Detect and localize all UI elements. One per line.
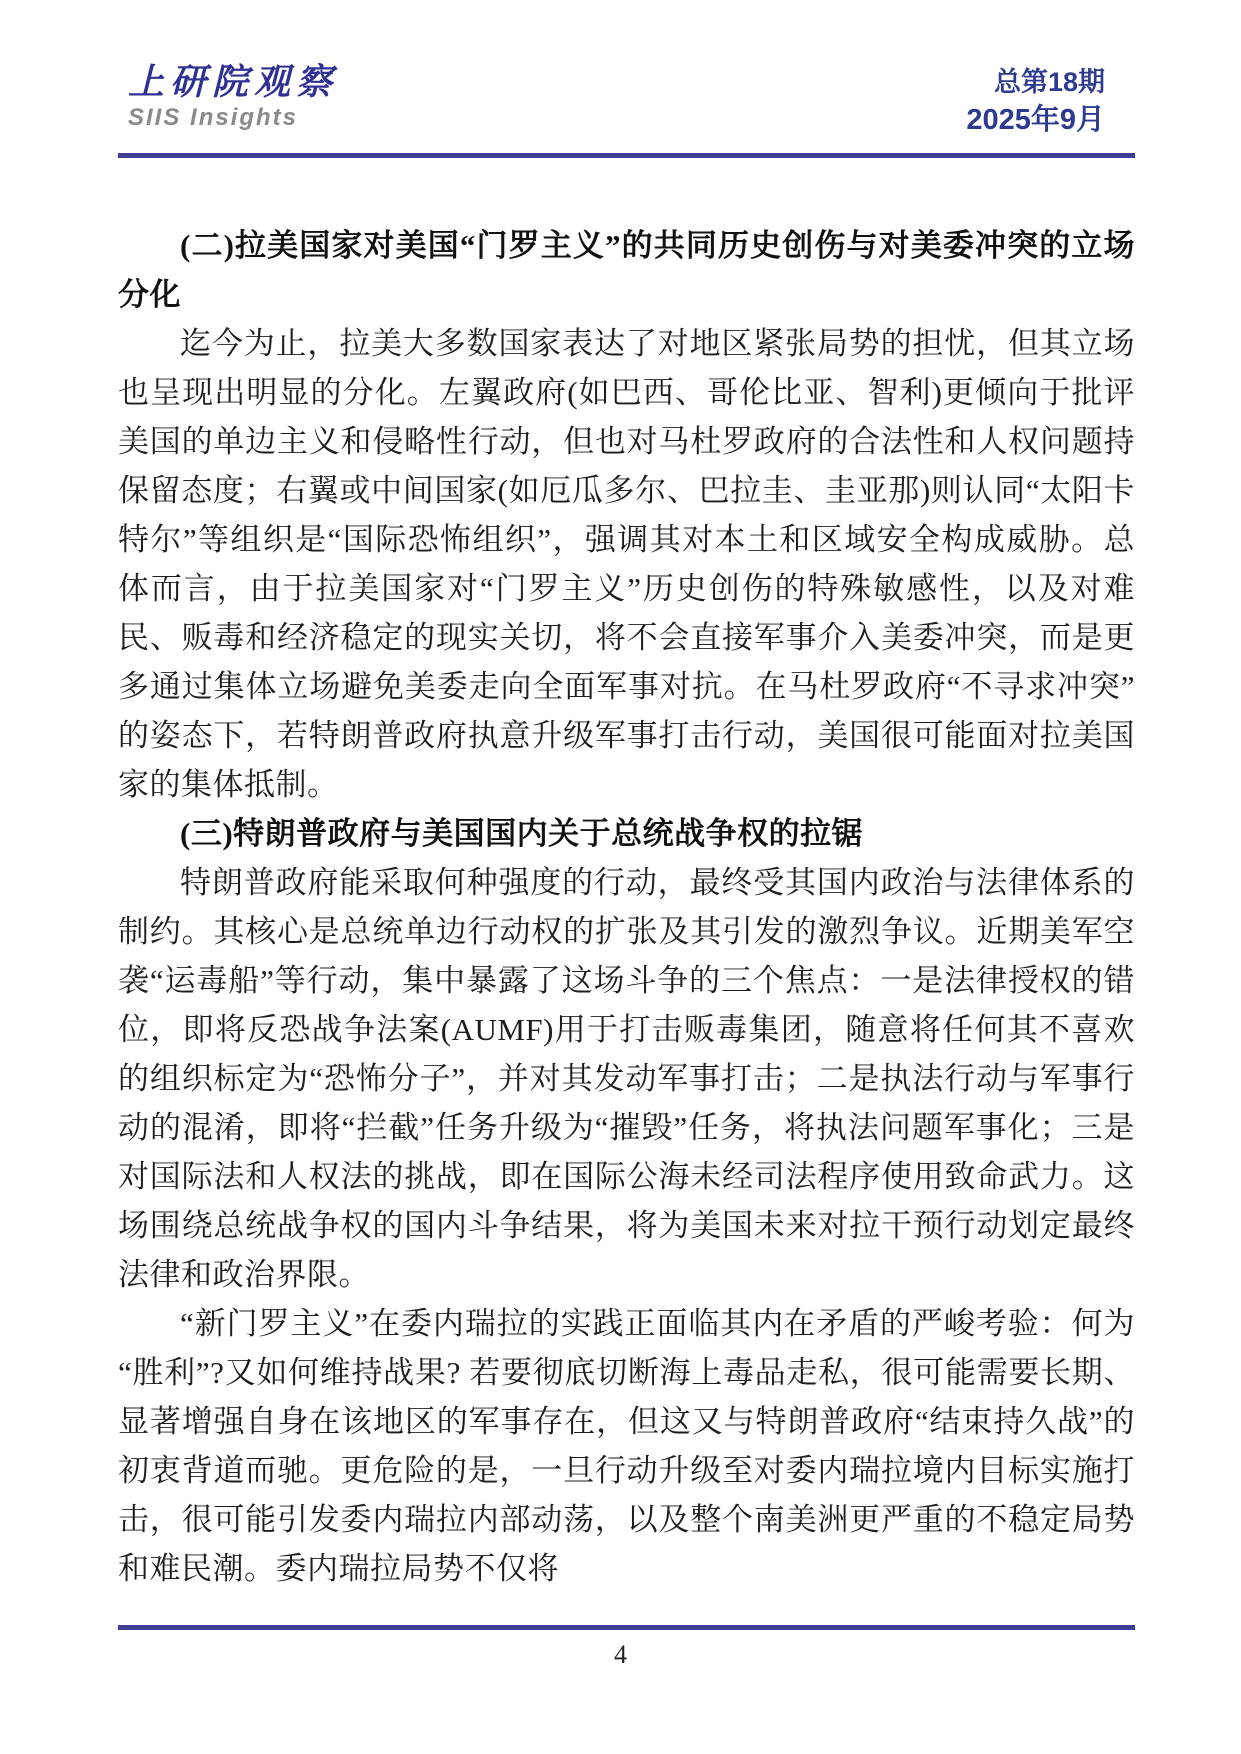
logo-chinese-title: 上研院观察 xyxy=(128,62,338,102)
issue-info: 总第18期 2025年9月 xyxy=(966,64,1105,140)
issue-date: 2025年9月 xyxy=(966,101,1105,140)
brand-logo: 上研院观察 SIIS Insights xyxy=(128,62,338,132)
logo-english-title: SIIS Insights xyxy=(128,104,338,132)
section-heading-2: (二)拉美国家对美国“门罗主义”的共同历史创伤与对美委冲突的立场分化 xyxy=(118,221,1135,319)
header-divider xyxy=(118,153,1135,158)
paragraph-1: 迄今为止，拉美大多数国家表达了对地区紧张局势的担忧，但其立场也呈现出明显的分化。… xyxy=(118,319,1135,809)
document-page: 上研院观察 SIIS Insights 总第18期 2025年9月 (二)拉美国… xyxy=(0,0,1241,1754)
section-heading-3: (三)特朗普政府与美国国内关于总统战争权的拉锯 xyxy=(118,809,1135,858)
paragraph-2: 特朗普政府能采取何种强度的行动，最终受其国内政治与法律体系的制约。其核心是总统单… xyxy=(118,858,1135,1299)
paragraph-3: “新门罗主义”在委内瑞拉的实践正面临其内在矛盾的严峻考验：何为“胜利”?又如何维… xyxy=(118,1299,1135,1593)
issue-number: 总第18期 xyxy=(966,64,1105,101)
page-number: 4 xyxy=(0,1640,1241,1670)
article-body: (二)拉美国家对美国“门罗主义”的共同历史创伤与对美委冲突的立场分化 迄今为止，… xyxy=(118,221,1135,1593)
footer-divider xyxy=(118,1625,1135,1630)
